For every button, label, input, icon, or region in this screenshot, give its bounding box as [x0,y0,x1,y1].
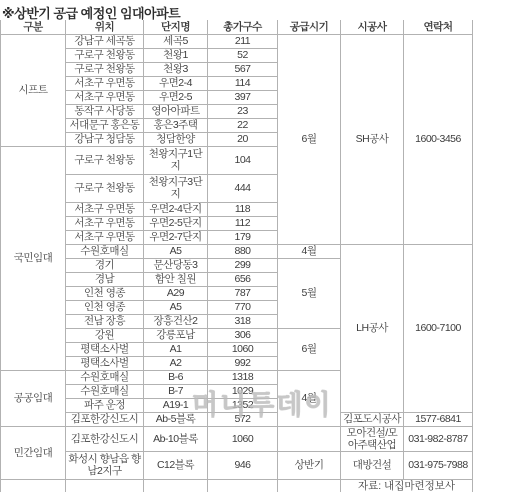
contact-cell: 1577-6841 [404,412,473,426]
complex-name-cell: B-7 [144,384,208,398]
category-cell: 민간임대 [1,426,66,479]
units-cell: 567 [208,62,278,76]
col-header-builder: 시공사 [341,20,404,34]
complex-name-cell: A2 [144,356,208,370]
location-cell: 강남구 청담동 [66,132,144,146]
units-cell: 1060 [208,426,278,451]
empty-cell [66,479,144,492]
empty-cell [144,479,208,492]
contact-cell: 1600-7100 [404,244,473,412]
units-cell: 444 [208,174,278,202]
complex-name-cell: 우면2-4단지 [144,202,208,216]
contact-cell: 1600-3456 [404,34,473,244]
units-cell: 992 [208,356,278,370]
location-cell: 구로구 천왕동 [66,174,144,202]
builder-cell: LH공사 [341,244,404,412]
location-cell: 전남 장흥 [66,314,144,328]
units-cell: 656 [208,272,278,286]
complex-name-cell: 우면2-5단지 [144,216,208,230]
source-note: 자료: 내집마련정보사 [341,479,473,492]
contact-cell: 031-975-7988 [404,451,473,479]
col-header-location: 위치 [66,20,144,34]
complex-name-cell: Ab-5블록 [144,412,208,426]
complex-name-cell: 우면2-7단지 [144,230,208,244]
complex-name-cell: 문산당동3 [144,258,208,272]
units-cell: 787 [208,286,278,300]
location-cell: 구로구 천왕동 [66,146,144,174]
table-row: 김포한강신도시 Ab-5블록 572 김포도시공사 1577-6841 [1,412,473,426]
supply-time-cell: 4월 [278,244,341,258]
units-cell: 946 [208,451,278,479]
units-cell: 114 [208,76,278,90]
location-cell: 서초구 우면동 [66,202,144,216]
builder-cell: 대방건설 [341,451,404,479]
complex-name-cell: 우면2-4 [144,76,208,90]
complex-name-cell: Ab-10블록 [144,426,208,451]
location-cell: 서초구 우면동 [66,90,144,104]
complex-name-cell: A1 [144,342,208,356]
units-cell: 299 [208,258,278,272]
complex-name-cell: 장흥건산2 [144,314,208,328]
location-cell: 평택소사벌 [66,342,144,356]
supply-time-cell: 5월 [278,258,341,328]
location-cell: 경기 [66,258,144,272]
col-header-complex-name: 단지명 [144,20,208,34]
units-cell: 770 [208,300,278,314]
units-cell: 880 [208,244,278,258]
units-cell: 52 [208,48,278,62]
supply-time-cell: 4월 [278,370,341,426]
location-cell: 경남 [66,272,144,286]
units-cell: 572 [208,412,278,426]
builder-cell: SH공사 [341,34,404,244]
location-cell: 화성시 향남읍 향남2지구 [66,451,144,479]
complex-name-cell: 강릉포남 [144,328,208,342]
contact-cell: 031-982-8787 [404,426,473,451]
units-cell: 22 [208,118,278,132]
complex-name-cell: 홍은3주택 [144,118,208,132]
location-cell: 인천 영종 [66,300,144,314]
supply-time-cell [278,426,341,451]
units-cell: 318 [208,314,278,328]
col-header-supply-time: 공급시기 [278,20,341,34]
complex-name-cell: A5 [144,244,208,258]
units-cell: 112 [208,216,278,230]
table-row: 화성시 향남읍 향남2지구 C12블록 946 상반기 대방건설 031-975… [1,451,473,479]
location-cell: 서대문구 홍은동 [66,118,144,132]
page-title: ※상반기 공급 예정인 임대아파트 [0,0,520,20]
rental-apartment-table: 구분 위치 단지명 총가구수 공급시기 시공사 연락처 시프트 강남구 세곡동 … [0,20,473,492]
location-cell: 서초구 우면동 [66,216,144,230]
table-row: 시프트 강남구 세곡동 세곡5 211 6월 SH공사 1600-3456 [1,34,473,48]
units-cell: 211 [208,34,278,48]
empty-cell [1,479,66,492]
location-cell: 강남구 세곡동 [66,34,144,48]
header-row: 구분 위치 단지명 총가구수 공급시기 시공사 연락처 [1,20,473,34]
units-cell: 1060 [208,342,278,356]
units-cell: 179 [208,230,278,244]
complex-name-cell: C12블록 [144,451,208,479]
complex-name-cell: 세곡5 [144,34,208,48]
units-cell: 23 [208,104,278,118]
empty-cell [208,479,278,492]
complex-name-cell: 영아아파트 [144,104,208,118]
location-cell: 서초구 우면동 [66,230,144,244]
location-cell: 평택소사벌 [66,356,144,370]
location-cell: 수원호매실 [66,244,144,258]
units-cell: 118 [208,202,278,216]
units-cell: 1352 [208,398,278,412]
location-cell: 수원호매실 [66,370,144,384]
table-row: 민간임대 김포한강신도시 Ab-10블록 1060 모아건설/모아주택산업 03… [1,426,473,451]
location-cell: 서초구 우면동 [66,76,144,90]
location-cell: 강원 [66,328,144,342]
location-cell: 구로구 천왕동 [66,48,144,62]
col-header-total-units: 총가구수 [208,20,278,34]
complex-name-cell: 함안 칠원 [144,272,208,286]
units-cell: 20 [208,132,278,146]
complex-name-cell: 천왕지구3단지 [144,174,208,202]
complex-name-cell: 우면2-5 [144,90,208,104]
complex-name-cell: A5 [144,300,208,314]
supply-time-cell: 6월 [278,34,341,244]
location-cell: 김포한강신도시 [66,412,144,426]
supply-time-cell: 상반기 [278,451,341,479]
location-cell: 동작구 사당동 [66,104,144,118]
complex-name-cell: A19-1 [144,398,208,412]
category-cell: 시프트 [1,34,66,146]
complex-name-cell: 천왕1 [144,48,208,62]
location-cell: 구로구 천왕동 [66,62,144,76]
units-cell: 397 [208,90,278,104]
category-cell: 공공임대 [1,370,66,426]
units-cell: 306 [208,328,278,342]
complex-name-cell: A29 [144,286,208,300]
units-cell: 1029 [208,384,278,398]
col-header-contact: 연락처 [404,20,473,34]
complex-name-cell: 천왕지구1단지 [144,146,208,174]
builder-cell: 김포도시공사 [341,412,404,426]
location-cell: 수원호매실 [66,384,144,398]
empty-cell [278,479,341,492]
supply-time-cell: 6월 [278,328,341,370]
source-row: 자료: 내집마련정보사 [1,479,473,492]
location-cell: 김포한강신도시 [66,426,144,451]
complex-name-cell: B-6 [144,370,208,384]
category-cell: 국민임대 [1,146,66,370]
location-cell: 인천 영종 [66,286,144,300]
units-cell: 104 [208,146,278,174]
complex-name-cell: 천왕3 [144,62,208,76]
units-cell: 1318 [208,370,278,384]
col-header-category: 구분 [1,20,66,34]
builder-cell: 모아건설/모아주택산업 [341,426,404,451]
table-row: 수원호매실 A5 880 4월 LH공사 1600-7100 [1,244,473,258]
complex-name-cell: 청담한양 [144,132,208,146]
location-cell: 파주 운정 [66,398,144,412]
